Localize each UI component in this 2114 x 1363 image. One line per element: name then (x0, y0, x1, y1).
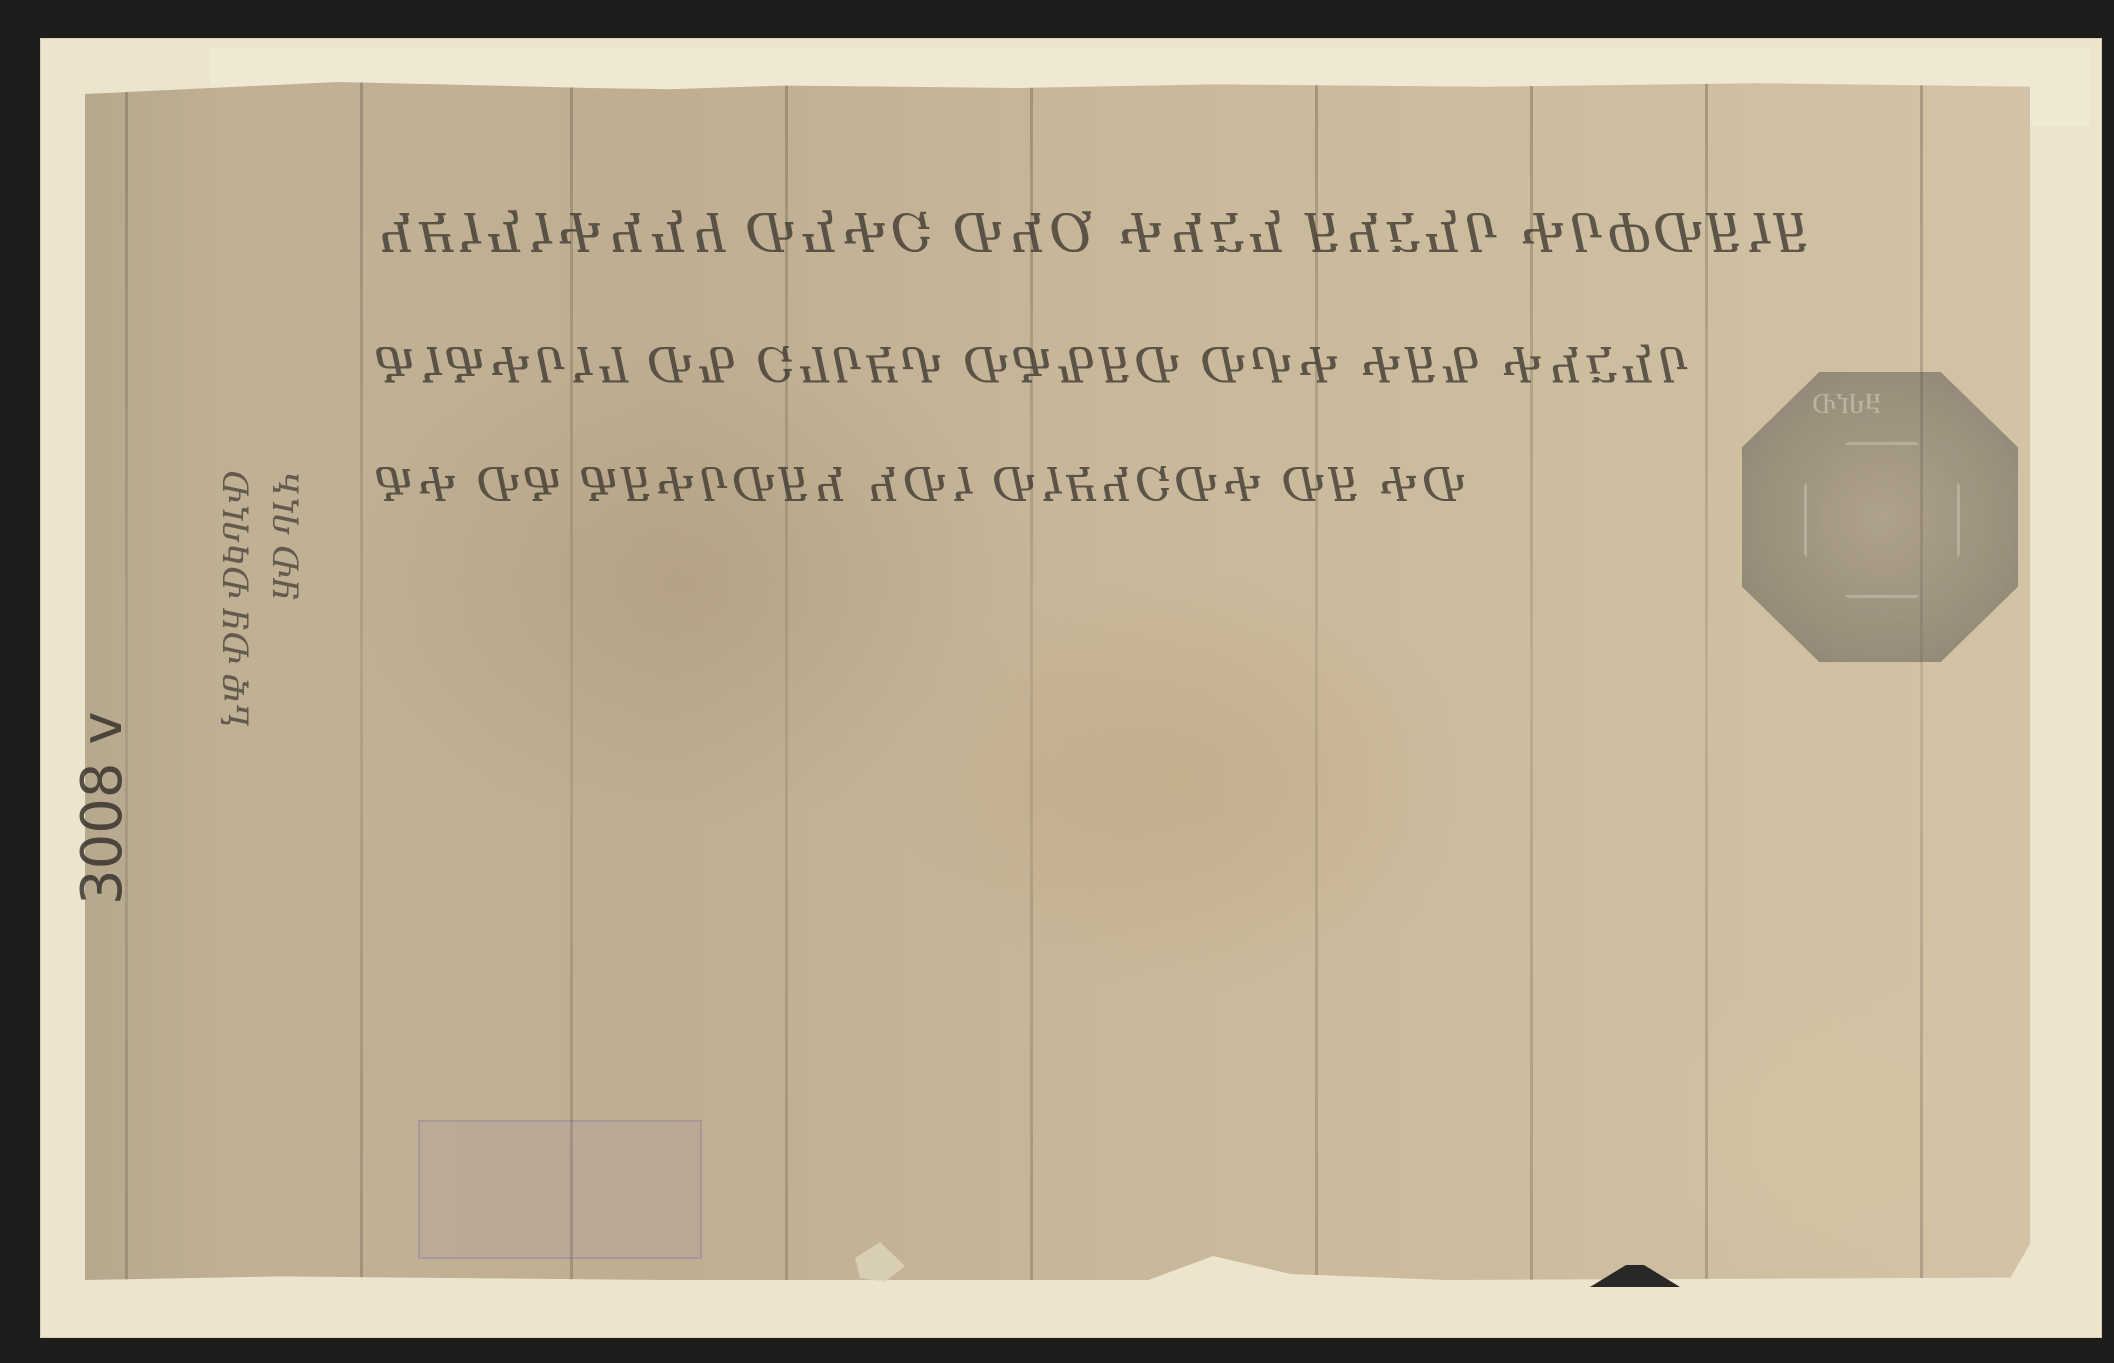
wax-seal-impression: ႧႨႱႾ (1742, 372, 2018, 662)
fold-line (785, 82, 788, 1280)
manuscript-sheet: ႡႾႨႢႨႵႡႢႷ ႧႢႵႺ ႧႡႳ ႵႡႠႢ ႬႡႠႢႱ ႵႱႴႧႬႨႬ ႫႨ… (85, 82, 2030, 1280)
fold-line (125, 82, 128, 1280)
margin-note-1: ႡႨႱ ႧႬ (265, 470, 300, 601)
archive-number-value: 3008 (70, 762, 135, 905)
text-line-2: ႫႨႫႵႱႨႤ ႧႪ ႺႤႱႾႰ ႧႫႪႬႧ ႧႰႵ ႵႬႪ ႵႡႠႢႱ (375, 337, 1691, 386)
seal-legend: ႧႨႱႾ (1812, 394, 1881, 419)
fold-line (1920, 82, 1923, 1280)
text-line-1: ႡႾႨႢႨႵႡႢႷ ႧႢႵႺ ႧႡႳ ႵႡႠႢ ႬႡႠႢႱ ႵႱႴႧႬႨႬ (375, 202, 1811, 256)
margin-note-2: ႧႨႱႩႧ ႬႧ ႫႢ (215, 470, 250, 728)
seal-center-emblem (1804, 442, 1960, 598)
library-stamp (418, 1120, 702, 1259)
text-line-3: ႫႵ ႧႫ ႫႬႵႱႧႬႡ ႡႧႨ ႧႨႾႡႺႧႵ ႧႬ ႵႧ (375, 457, 1469, 503)
paper-damage (855, 1242, 905, 1282)
archive-number: 3008 v (70, 712, 135, 905)
fold-line (1705, 82, 1708, 1280)
fold-line (1530, 82, 1533, 1280)
fold-line (1030, 82, 1033, 1280)
fold-line (360, 82, 363, 1280)
archive-number-mark: v (70, 712, 135, 745)
fold-line (1315, 82, 1318, 1280)
fold-line (570, 82, 573, 1280)
